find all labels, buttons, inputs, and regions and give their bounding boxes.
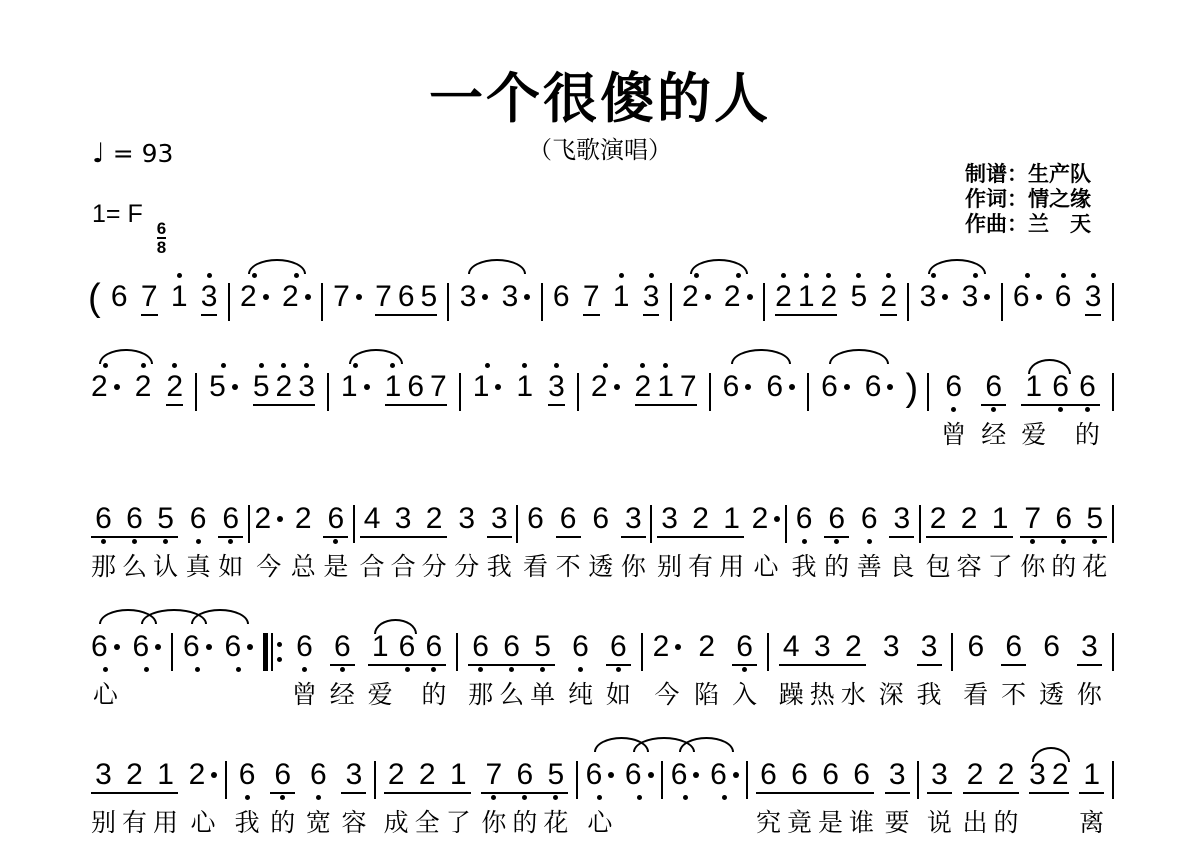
barline [327,373,329,411]
digit: 4 [364,503,381,535]
note: 3 [545,360,568,416]
note-digit: 6 [91,631,120,663]
note-group: 2心 [749,492,784,582]
octave-down-dot [468,663,493,676]
digit: 6 [710,759,727,791]
note-digit: 6 [967,631,984,663]
digit: 4 [783,631,800,663]
performer-subtitle: （飞歌演唱） [0,130,1200,165]
digit: 6 [91,631,108,663]
note-digit: 6 [407,371,424,403]
note-digit: 6 [1055,281,1072,313]
note: 6 [668,748,703,804]
note-group: 2 [163,360,186,416]
barline [1112,505,1114,543]
digit: 6 [967,631,984,663]
digit: 6 [334,631,351,663]
digit: 6 [527,503,544,535]
note-group: 2今 [650,620,685,710]
note: 2总 [288,492,319,582]
note-digit: 6 [572,631,589,663]
note-group: 6是 [320,492,351,582]
note: 6 [720,360,755,416]
augmentation-dot [887,384,893,390]
barline [1001,283,1003,321]
augmentation-dot [675,644,681,650]
note-digit: 5 [421,281,438,313]
digit: 3 [921,631,938,663]
lyric: 爱 [1021,420,1046,450]
lyric: 是 [818,808,843,838]
digit: 5 [548,759,565,791]
note-digit: 2 [135,371,152,403]
augmentation-dot [211,772,217,778]
note-group: 6 [180,620,215,676]
octave-down-dot [153,535,178,548]
note: 7 [138,270,161,326]
lyric: 你 [621,552,646,582]
note-digit: 3 [643,281,660,313]
note-digit: 2 [166,371,183,403]
note: 3你 [1074,620,1105,710]
barline [248,505,250,543]
note-group: 2陷 [691,620,722,710]
lyric: 良 [889,552,914,582]
digit: 2 [166,371,183,403]
lyric: 总 [291,552,316,582]
augmentation-dot [277,516,283,522]
note-digit: 3 [931,759,948,791]
digit: 2 [752,503,769,535]
octave-down-dot [732,663,757,676]
note-digit: 2 [635,371,652,403]
note-group: 3说 [924,748,955,838]
digit: 3 [395,503,412,535]
octave-down-dot [225,663,254,676]
music-system-1: (6713227765336713222125233663 [88,270,1114,326]
note-digit: 6 [592,503,609,535]
octave-down-dot [568,663,593,676]
note-digit: 3 [1029,759,1046,791]
lyric: 容 [957,552,982,582]
digit: 6 [822,759,839,791]
lyric: 纯 [568,680,593,710]
note-digit: 2 [419,759,436,791]
note: 1 [338,360,373,416]
digit: 6 [560,503,577,535]
note-digit: 2 [126,759,143,791]
digit: 6 [517,759,534,791]
digit: 7 [583,281,600,313]
octave-down-dot [1082,535,1107,548]
note: 7 [580,270,603,326]
note-digit: 1 [157,759,174,791]
augmentation-dot [263,294,269,300]
barline [919,505,921,543]
note: 1 [610,270,633,326]
digit: 6 [398,281,415,313]
note: 3 [1082,270,1105,326]
digit: 7 [680,371,697,403]
note-digit: 1 [723,503,740,535]
time-signature: 68 [157,220,166,256]
lyric: 的 [270,808,295,838]
lyric: 透 [1039,680,1064,710]
digit: 3 [931,759,948,791]
octave-down-dot [792,535,817,548]
note: 3容 [338,748,369,838]
note-group: 1 [610,270,633,326]
lyric: 我 [235,808,260,838]
note: 3热 [807,620,838,710]
lyric: 看 [523,552,548,582]
augmentation-dot [114,644,120,650]
digit: 5 [1086,503,1103,535]
note-digit: 5 [253,371,270,403]
note: 6 [1052,270,1075,326]
digit: 2 [845,631,862,663]
note: 3 [457,270,492,326]
note-digit: 3 [921,631,938,663]
note-digit: 2 [967,759,984,791]
note-digit: 6 [225,631,254,663]
digit: 6 [791,759,808,791]
digit: 1 [798,281,815,313]
barline [374,761,376,799]
digit: 2 [295,503,312,535]
lyric: 看 [963,680,988,710]
digit: 1 [657,371,674,403]
note-group: 6如 [215,492,246,582]
lyric: 合 [360,552,385,582]
note: 6看 [520,492,551,582]
digit: 1 [157,759,174,791]
lyric: 出 [963,808,988,838]
note: 1 [382,360,405,416]
lyric: 我 [792,552,817,582]
slur [248,259,306,274]
slur [468,259,526,274]
note-digit: 6 [560,503,577,535]
note: 3别 [88,748,119,838]
note-digit: 3 [920,281,949,313]
note-digit: 3 [894,503,911,535]
lyric: 成 [384,808,409,838]
note-digit: 6 [517,759,534,791]
note: 2全 [412,748,443,838]
note-digit: 6 [766,371,795,403]
note: 6纯 [565,620,596,710]
sheet-music-page: 一个很傻的人 （飞歌演唱） ♩= 93 1= F68 制谱：生产队 作词：情之缘… [0,0,1200,850]
note-group: 6透 [585,492,616,582]
note-digit: 5 [850,281,867,313]
note: 1 [654,360,677,416]
note: 2 [721,270,756,326]
note-digit: 6 [1079,371,1096,403]
digit: 7 [1024,503,1041,535]
note: 3说 [924,748,955,838]
note: 6的 [1072,360,1103,450]
augmentation-dot [482,294,488,300]
note-group: 3别2有1用 [654,492,747,582]
digit: 3 [460,281,477,313]
note-group: 6 [668,748,703,804]
note: 6那 [465,620,496,710]
note: 2分 [419,492,450,582]
note: 6看 [960,620,991,710]
note-digit: 5 [548,759,565,791]
note: 3 [917,270,952,326]
lyric: 合 [391,552,416,582]
digit: 6 [225,631,242,663]
note-group: 2 [132,360,155,416]
slur [829,349,889,364]
barline [927,373,929,411]
note: 6的 [509,748,540,838]
digit: 6 [572,631,589,663]
digit: 2 [1052,759,1069,791]
barline [1112,283,1114,321]
octave-down-dot [292,663,317,676]
note-digit: 6 [527,503,544,535]
slur [731,349,791,364]
barline [709,373,711,411]
note: 1 [470,360,505,416]
note-digit: 6 [1043,631,1060,663]
digit: 6 [796,503,813,535]
octave-down-dot [512,791,537,804]
digit: 3 [1029,759,1046,791]
note-digit: 6 [426,631,443,663]
note-group: 1 [338,360,373,416]
digit: 6 [553,281,570,313]
note-group: 6 [763,360,798,416]
note: 7 [677,360,700,416]
slur [99,349,153,364]
note: 4躁 [776,620,807,710]
lyric: 心 [587,808,612,838]
lyric: 么 [499,680,524,710]
barline [228,283,230,321]
lyric: 陷 [694,680,719,710]
note-group: 3 [959,270,994,326]
note: 6心 [583,748,618,838]
digit: 6 [1052,371,1069,403]
barline [917,761,919,799]
lyric: 深 [879,680,904,710]
note: 6我 [789,492,820,582]
credit-arranger: 制谱：生产队 [965,162,1091,187]
note-digit: 1 [516,371,533,403]
note-digit: 2 [752,503,781,535]
note: 6 [707,748,742,804]
note-digit: 3 [625,503,642,535]
note-group: 4合3合2分 [357,492,450,582]
octave-down-dot [122,535,147,548]
note: 6是 [815,748,846,838]
octave-down-dot [235,791,260,804]
digit: 2 [135,371,152,403]
note: 6 [622,748,657,804]
note-group: 167 [382,360,450,416]
octave-down-dot [857,535,882,548]
note: 6么 [496,620,527,710]
digit: 5 [421,281,438,313]
augmentation-dot [693,772,699,778]
note: 2有 [119,748,150,838]
digit: 1 [385,371,402,403]
note: 6经 [978,360,1009,450]
note-digit: 6 [985,371,1002,403]
note-digit: 2 [653,631,682,663]
note-group: 7 [138,270,161,326]
music-system-4: 6心6666曾6经1爱66的6那6么5单6纯6如2今2陷6入4躁3热2水3深3我… [88,620,1114,710]
note-digit: 2 [845,631,862,663]
lyric: 用 [153,808,178,838]
barline [1112,761,1114,799]
digit: 6 [296,631,313,663]
note-group: 7 [330,270,365,326]
digit: 7 [333,281,350,313]
barline [576,761,578,799]
note: 1了 [985,492,1016,582]
augmentation-dot [705,294,711,300]
note: 2心 [749,492,784,582]
barline [670,283,672,321]
note-group: 2成2全1了 [381,748,474,838]
lyric: 的 [512,808,537,838]
note-group: 3你 [1074,620,1105,710]
note-group: 6真 [183,492,214,582]
barline [353,505,355,543]
digit: 6 [625,759,642,791]
digit: 3 [1081,631,1098,663]
augmentation-dot [364,384,370,390]
note-group: 523 [250,360,318,416]
note-group: 6 [222,620,257,676]
lyric: 分 [454,552,479,582]
note-digit: 1 [171,281,188,313]
digit: 1 [992,503,1009,535]
note-group: 6心 [583,748,618,838]
note-digit: 2 [254,503,283,535]
music-system-5: 3别2有1用2心6我6的6宽3容2成2全1了7你6的5花6心6666究6竟6是6… [88,748,1114,838]
lyric: 全 [415,808,440,838]
note-digit: 6 [111,281,128,313]
lyric: 的 [421,680,446,710]
note-group: 6 [622,748,657,804]
note-group: 6看 [520,492,551,582]
digit: 5 [209,371,226,403]
open-paren: ( [88,278,101,318]
digit: 6 [472,631,489,663]
digit: 3 [502,281,519,313]
digit: 6 [133,631,150,663]
lyric: 花 [1082,552,1107,582]
note: 2的 [991,748,1022,838]
digit: 2 [426,503,443,535]
augmentation-dot [356,294,362,300]
note-digit: 3 [298,371,315,403]
note: 6 [763,360,798,416]
augmentation-dot [155,644,161,650]
note-digit: 6 [945,371,962,403]
note: 6的 [418,620,449,710]
note-group: 3 [640,270,663,326]
note-group: 6善 [854,492,885,582]
note-digit: 2 [775,281,792,313]
note-digit: 6 [239,759,256,791]
lyric: 容 [341,808,366,838]
note-group: 212 [772,270,840,326]
digit: 5 [253,371,270,403]
lyric: 不 [1001,680,1026,710]
digit: 6 [1079,371,1096,403]
note: 2 [772,270,795,326]
digit: 2 [998,759,1015,791]
augmentation-dot [247,644,253,650]
note-group: 6宽 [303,748,334,838]
digit: 2 [126,759,143,791]
note-digit: 6 [723,371,752,403]
note: 6 [222,620,257,676]
note-digit: 6 [822,759,839,791]
note-group: 5 [847,270,870,326]
music-system-3: 6那6么5认6真6如2今2总6是4合3合2分3分3我6看6不6透3你3别2有1用… [88,492,1114,582]
note-digit: 6 [503,631,520,663]
digit: 3 [95,759,112,791]
barline [641,633,643,671]
note-digit: 2 [692,503,709,535]
digit: 2 [240,281,257,313]
augmentation-dot [614,384,620,390]
octave-down-dot [1052,403,1069,416]
octave-down-dot [1051,535,1076,548]
note: 7 [330,270,365,326]
lyric: 了 [988,552,1013,582]
digit: 3 [346,759,363,791]
lyric: 如 [218,552,243,582]
note-group: 1 [513,360,536,416]
note-digit: 6 [399,631,416,663]
note-digit: 3 [1085,281,1102,313]
digit: 6 [190,503,207,535]
lyric: 你 [1020,552,1045,582]
note-digit: 6 [222,503,239,535]
repeat-start-sign [263,633,282,671]
note-digit: 5 [157,503,174,535]
octave-down-dot [91,535,116,548]
credit-lyricist: 作词：情之缘 [965,187,1091,212]
octave-down-dot [606,663,631,676]
lyric: 有 [122,808,147,838]
note-group: 6 [862,360,897,416]
note-group: 6 [1010,270,1045,326]
note-group: 2总 [288,492,319,582]
digit: 6 [865,371,882,403]
note-group: 2包2容1了 [923,492,1016,582]
slur [349,349,403,364]
slur [679,737,734,752]
lyric: 的 [824,552,849,582]
lyric: 的 [1075,420,1100,450]
digit: 1 [341,371,358,403]
barline [541,283,543,321]
note-digit: 7 [430,371,447,403]
digit: 2 [91,371,108,403]
digit: 1 [171,281,188,313]
digit: 6 [310,759,327,791]
